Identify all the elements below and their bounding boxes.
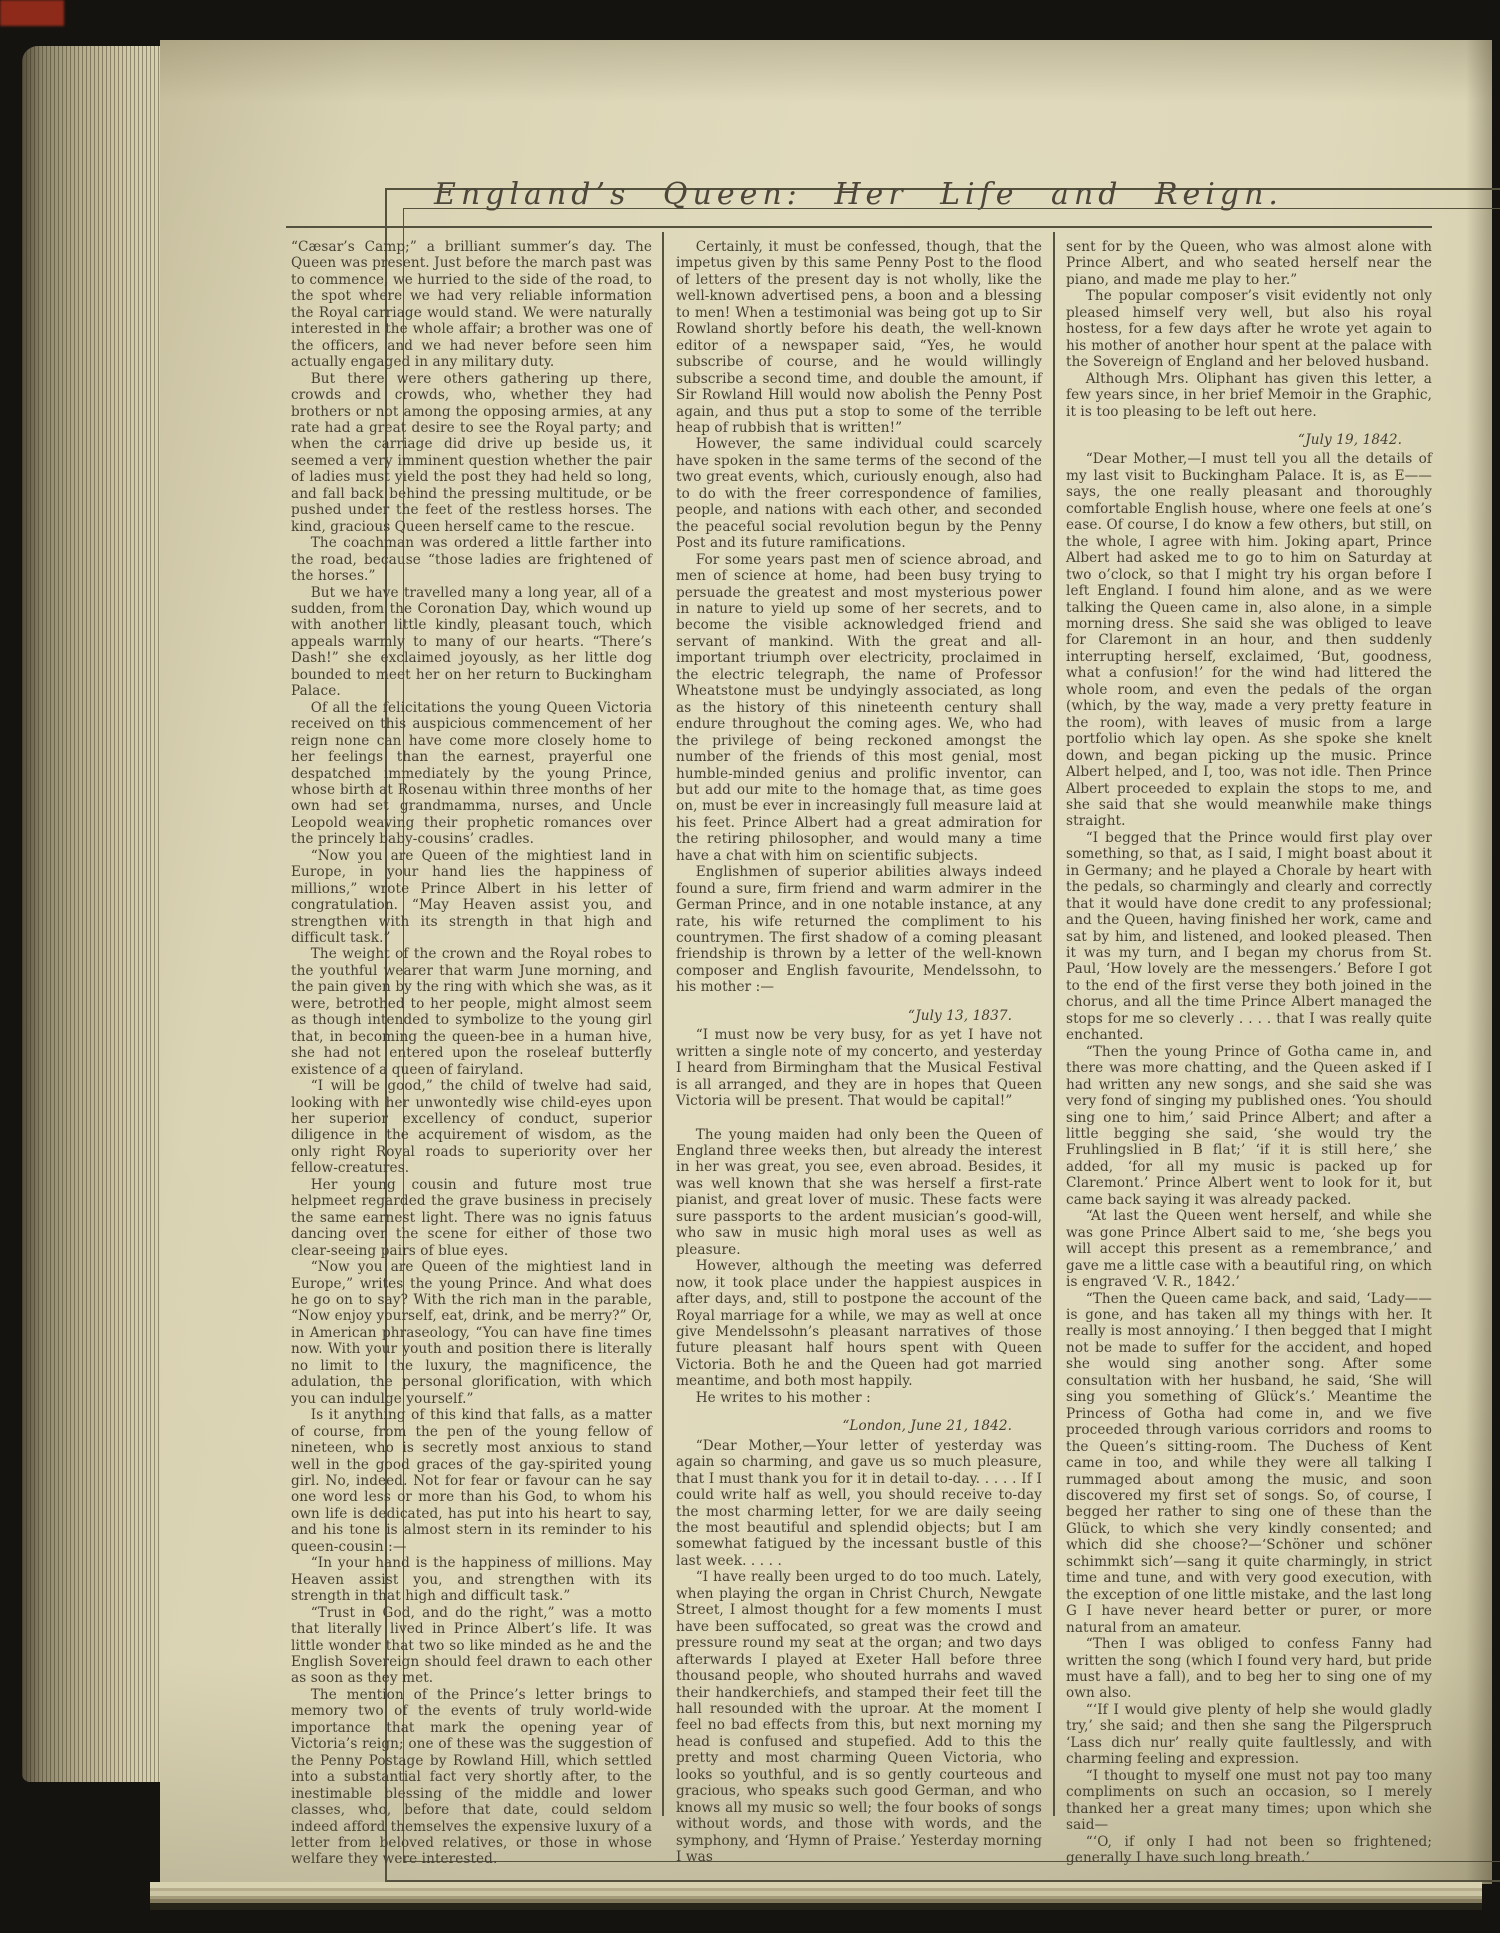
column-divider-1: [662, 232, 664, 1816]
paragraph: But there were others gathering up there…: [291, 371, 652, 536]
paragraph: The coachman was ordered a little farthe…: [291, 535, 652, 584]
running-title: England’s Queen: Her Life and Reign.: [285, 178, 1432, 212]
paragraph: “July 13, 1837.: [676, 1008, 1042, 1024]
text-column-3: sent for by the Queen, who was almost al…: [1066, 239, 1432, 1866]
paragraph: “Cæsar’s Camp;” a brilliant summer’s day…: [291, 239, 652, 371]
paragraph: “July 19, 1842.: [1066, 432, 1432, 448]
book-fore-edge-pages: [22, 46, 168, 1782]
paragraph: “At last the Queen went herself, and whi…: [1066, 1208, 1432, 1290]
column-divider-2: [1053, 232, 1055, 1816]
paragraph: “Dear Mother,—I must tell you all the de…: [1066, 451, 1432, 829]
paragraph: But we have travelled many a long year, …: [291, 585, 652, 700]
paragraph: Certainly, it must be confessed, though,…: [676, 239, 1042, 436]
paragraph: sent for by the Queen, who was almost al…: [1066, 239, 1432, 288]
paragraph: The popular composer’s visit evidently n…: [1066, 288, 1432, 370]
paragraph: “‘If I would give plenty of help she wou…: [1066, 1702, 1432, 1768]
paragraph: “Dear Mother,—Your letter of yesterday w…: [676, 1438, 1042, 1570]
photo-corner-mark: [0, 0, 64, 26]
paragraph: “I will be good,” the child of twelve ha…: [291, 1078, 652, 1177]
paragraph: “Then I was obliged to confess Fanny had…: [1066, 1636, 1432, 1702]
paragraph: “In your hand is the happiness of millio…: [291, 1555, 652, 1604]
text-column-1: “Cæsar’s Camp;” a brilliant summer’s day…: [291, 239, 652, 1868]
text-column-2: Certainly, it must be confessed, though,…: [676, 239, 1042, 1866]
paragraph: Is it anything of this kind that falls, …: [291, 1407, 652, 1555]
paragraph: He writes to his mother :: [676, 1390, 1042, 1406]
paragraph: “I have really been urged to do too much…: [676, 1569, 1042, 1865]
paragraph: Englishmen of superior abilities always …: [676, 864, 1042, 996]
paragraph: “‘O, if only I had not been so frightene…: [1066, 1834, 1432, 1867]
paragraph: Her young cousin and future most true he…: [291, 1177, 652, 1259]
title-rule: [286, 226, 1432, 228]
paragraph: “I must now be very busy, for as yet I h…: [676, 1027, 1042, 1109]
paragraph: Although Mrs. Oliphant has given this le…: [1066, 371, 1432, 420]
paragraph: “Now you are Queen of the mightiest land…: [291, 848, 652, 947]
paragraph: However, although the meeting was deferr…: [676, 1258, 1042, 1390]
paragraph: The young maiden had only been the Queen…: [676, 1127, 1042, 1259]
paragraph: The weight of the crown and the Royal ro…: [291, 946, 652, 1078]
paragraph: “Trust in God, and do the right,” was a …: [291, 1605, 652, 1687]
paragraph: However, the same individual could scarc…: [676, 436, 1042, 551]
paragraph: For some years past men of science abroa…: [676, 552, 1042, 865]
paragraph: The mention of the Prince’s letter bring…: [291, 1687, 652, 1868]
paragraph: Of all the felicitations the young Queen…: [291, 700, 652, 848]
page-bottom-edges: [150, 1882, 1482, 1910]
paragraph: “I begged that the Prince would first pl…: [1066, 830, 1432, 1044]
paragraph: “I thought to myself one must not pay to…: [1066, 1768, 1432, 1834]
paragraph: “London, June 21, 1842.: [676, 1418, 1042, 1434]
paragraph: “Then the young Prince of Gotha came in,…: [1066, 1044, 1432, 1209]
paragraph: “Then the Queen came back, and said, ‘La…: [1066, 1291, 1432, 1637]
paragraph: “Now you are Queen of the mightiest land…: [291, 1259, 652, 1407]
